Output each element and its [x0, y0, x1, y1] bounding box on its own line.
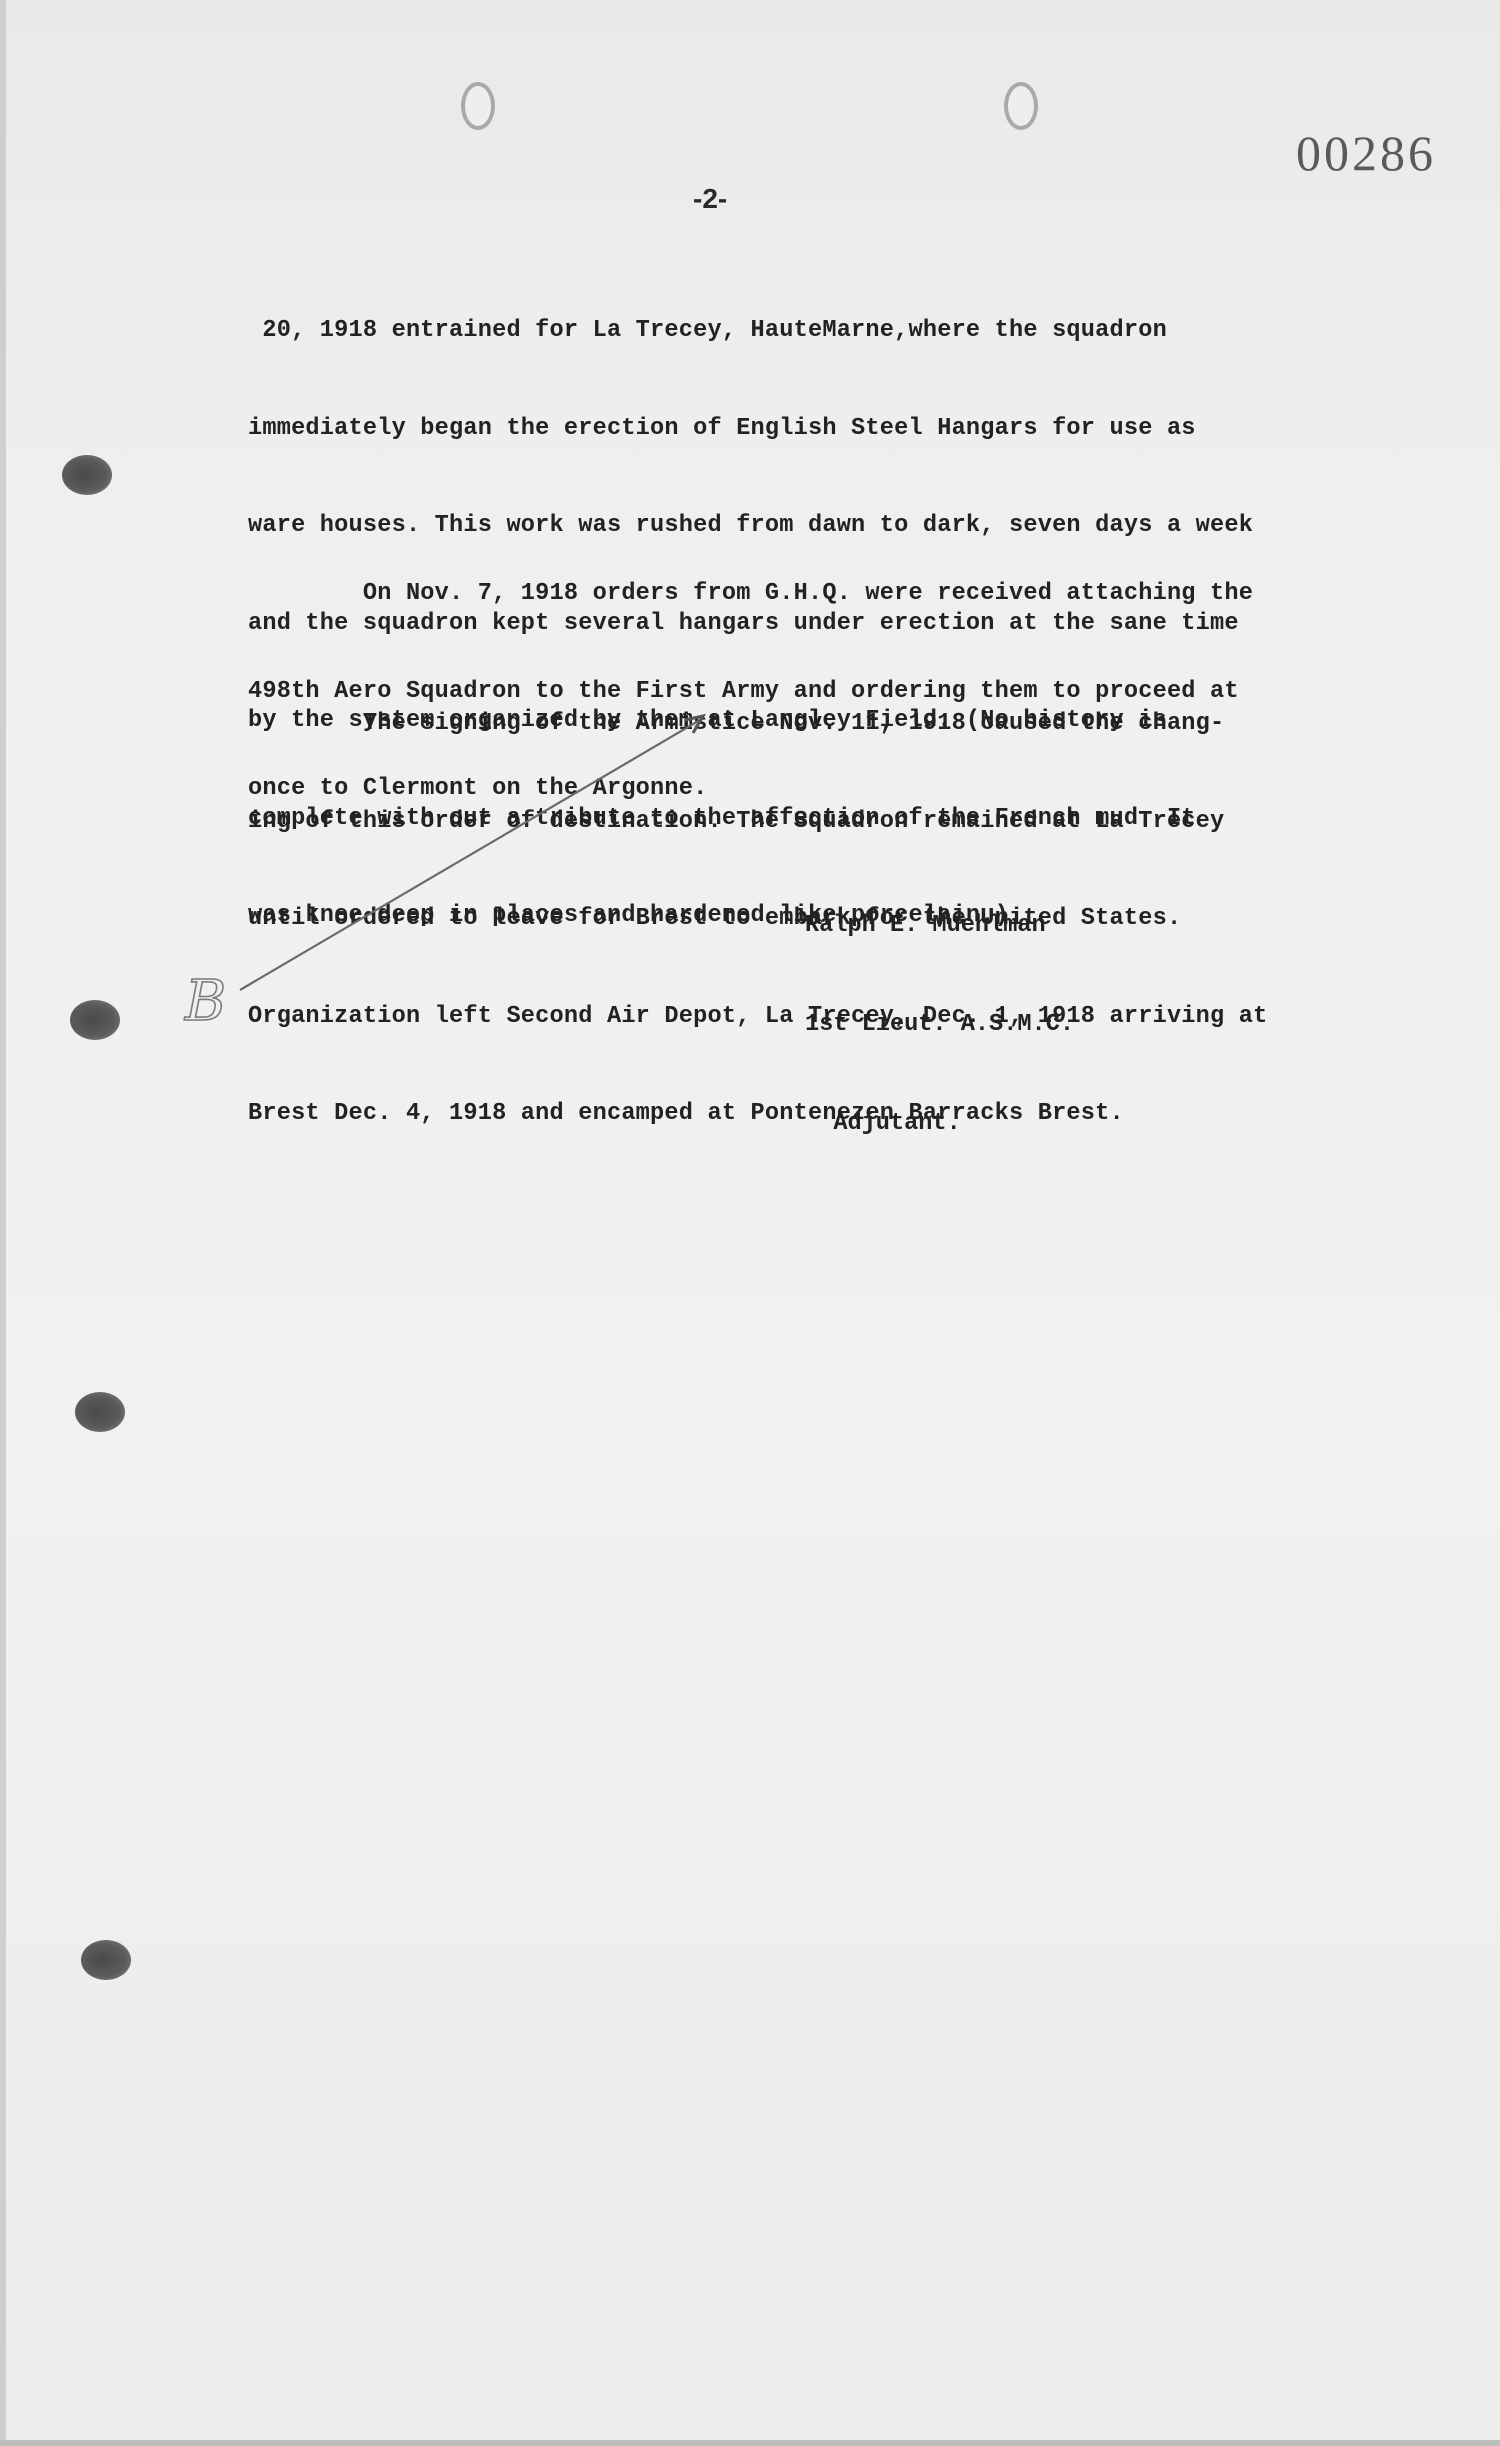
pencil-letter-mark: B — [184, 969, 226, 1034]
document-page: 00286 -2- 20, 1918 entrained for La Trec… — [0, 0, 1500, 2446]
pencil-arrow-line — [240, 720, 700, 990]
pencil-annotation: B — [0, 0, 1500, 2446]
